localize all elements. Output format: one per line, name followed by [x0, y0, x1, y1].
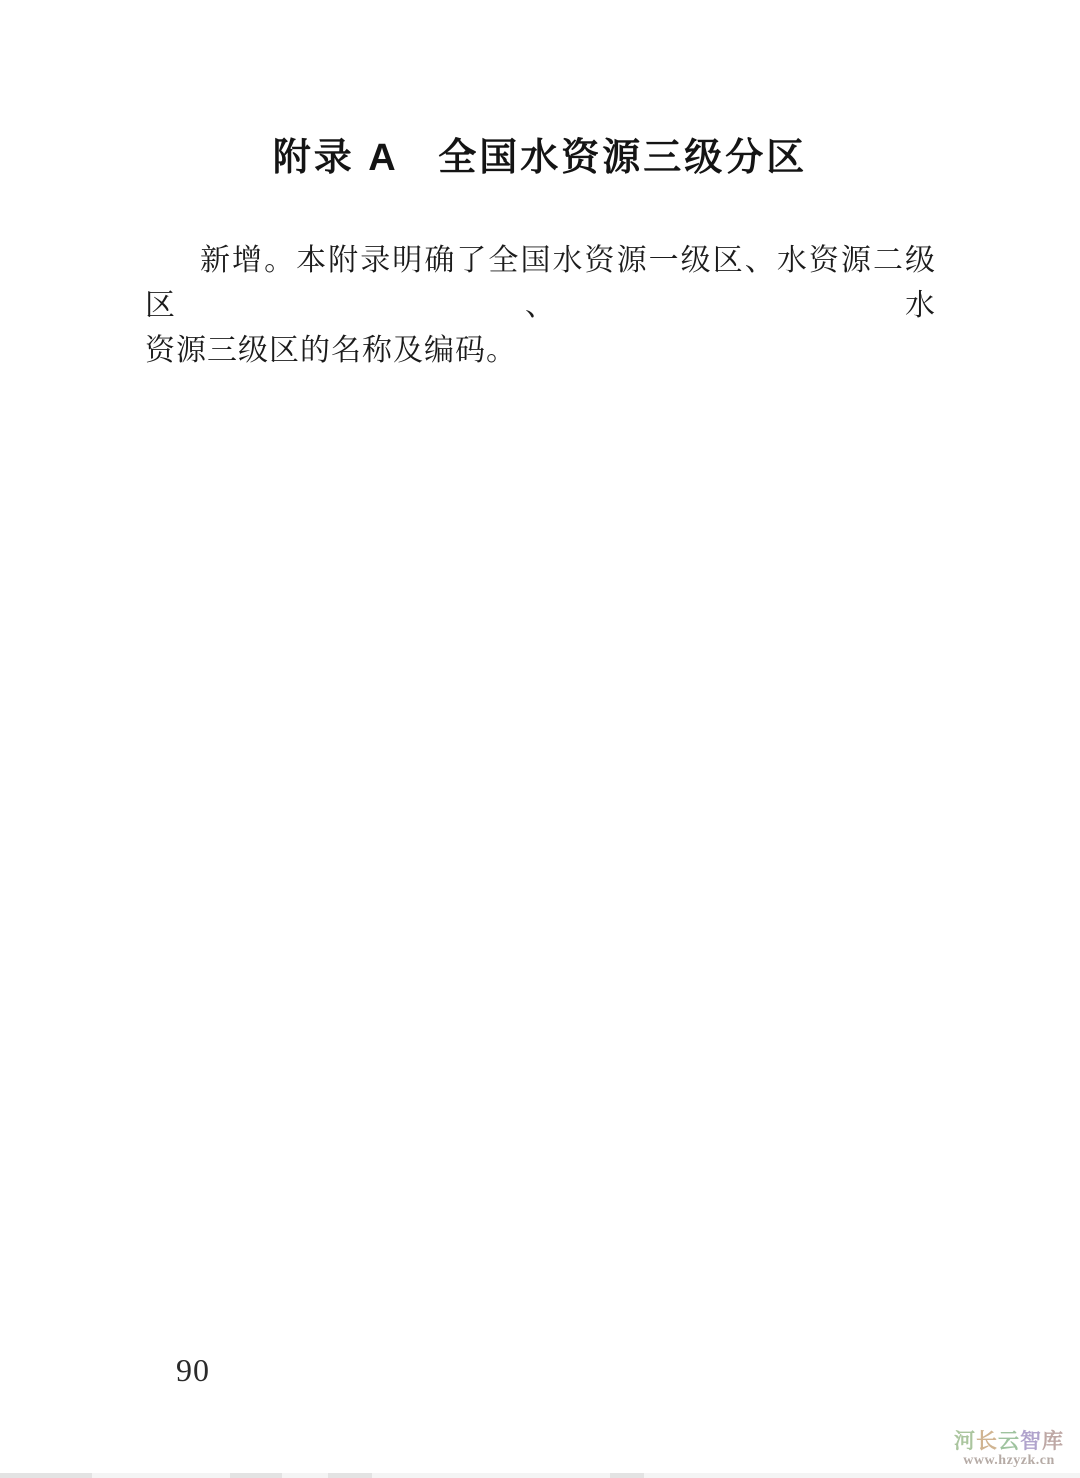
watermark-url-text: www.hzyzk.cn	[954, 1453, 1064, 1468]
edge-artifact-segment	[0, 1473, 92, 1478]
page-edge-artifact	[0, 1473, 1080, 1478]
paragraph-line-2: 资源三级区的名称及编码。	[145, 328, 935, 373]
edge-artifact-segment	[328, 1473, 372, 1478]
watermark-char: 智	[1020, 1429, 1042, 1453]
appendix-title: 附录 A 全国水资源三级分区	[0, 126, 1080, 181]
document-page: 附录 A 全国水资源三级分区 新增。本附录明确了全国水资源一级区、水资源二级区、…	[0, 0, 1080, 1478]
watermark-char: 长	[976, 1429, 998, 1453]
paragraph-line-1: 新增。本附录明确了全国水资源一级区、水资源二级区、水	[145, 238, 935, 328]
appendix-paragraph: 新增。本附录明确了全国水资源一级区、水资源二级区、水 资源三级区的名称及编码。	[145, 238, 935, 373]
site-watermark: 河长云智库 www.hzyzk.cn	[954, 1430, 1064, 1468]
watermark-char: 河	[954, 1429, 976, 1453]
watermark-char: 云	[998, 1429, 1020, 1453]
watermark-brand-text: 河长云智库	[954, 1430, 1064, 1453]
page-number: 90	[176, 1352, 210, 1389]
edge-artifact-segment	[610, 1473, 644, 1478]
edge-artifact-segment	[230, 1473, 282, 1478]
watermark-char: 库	[1042, 1429, 1064, 1453]
